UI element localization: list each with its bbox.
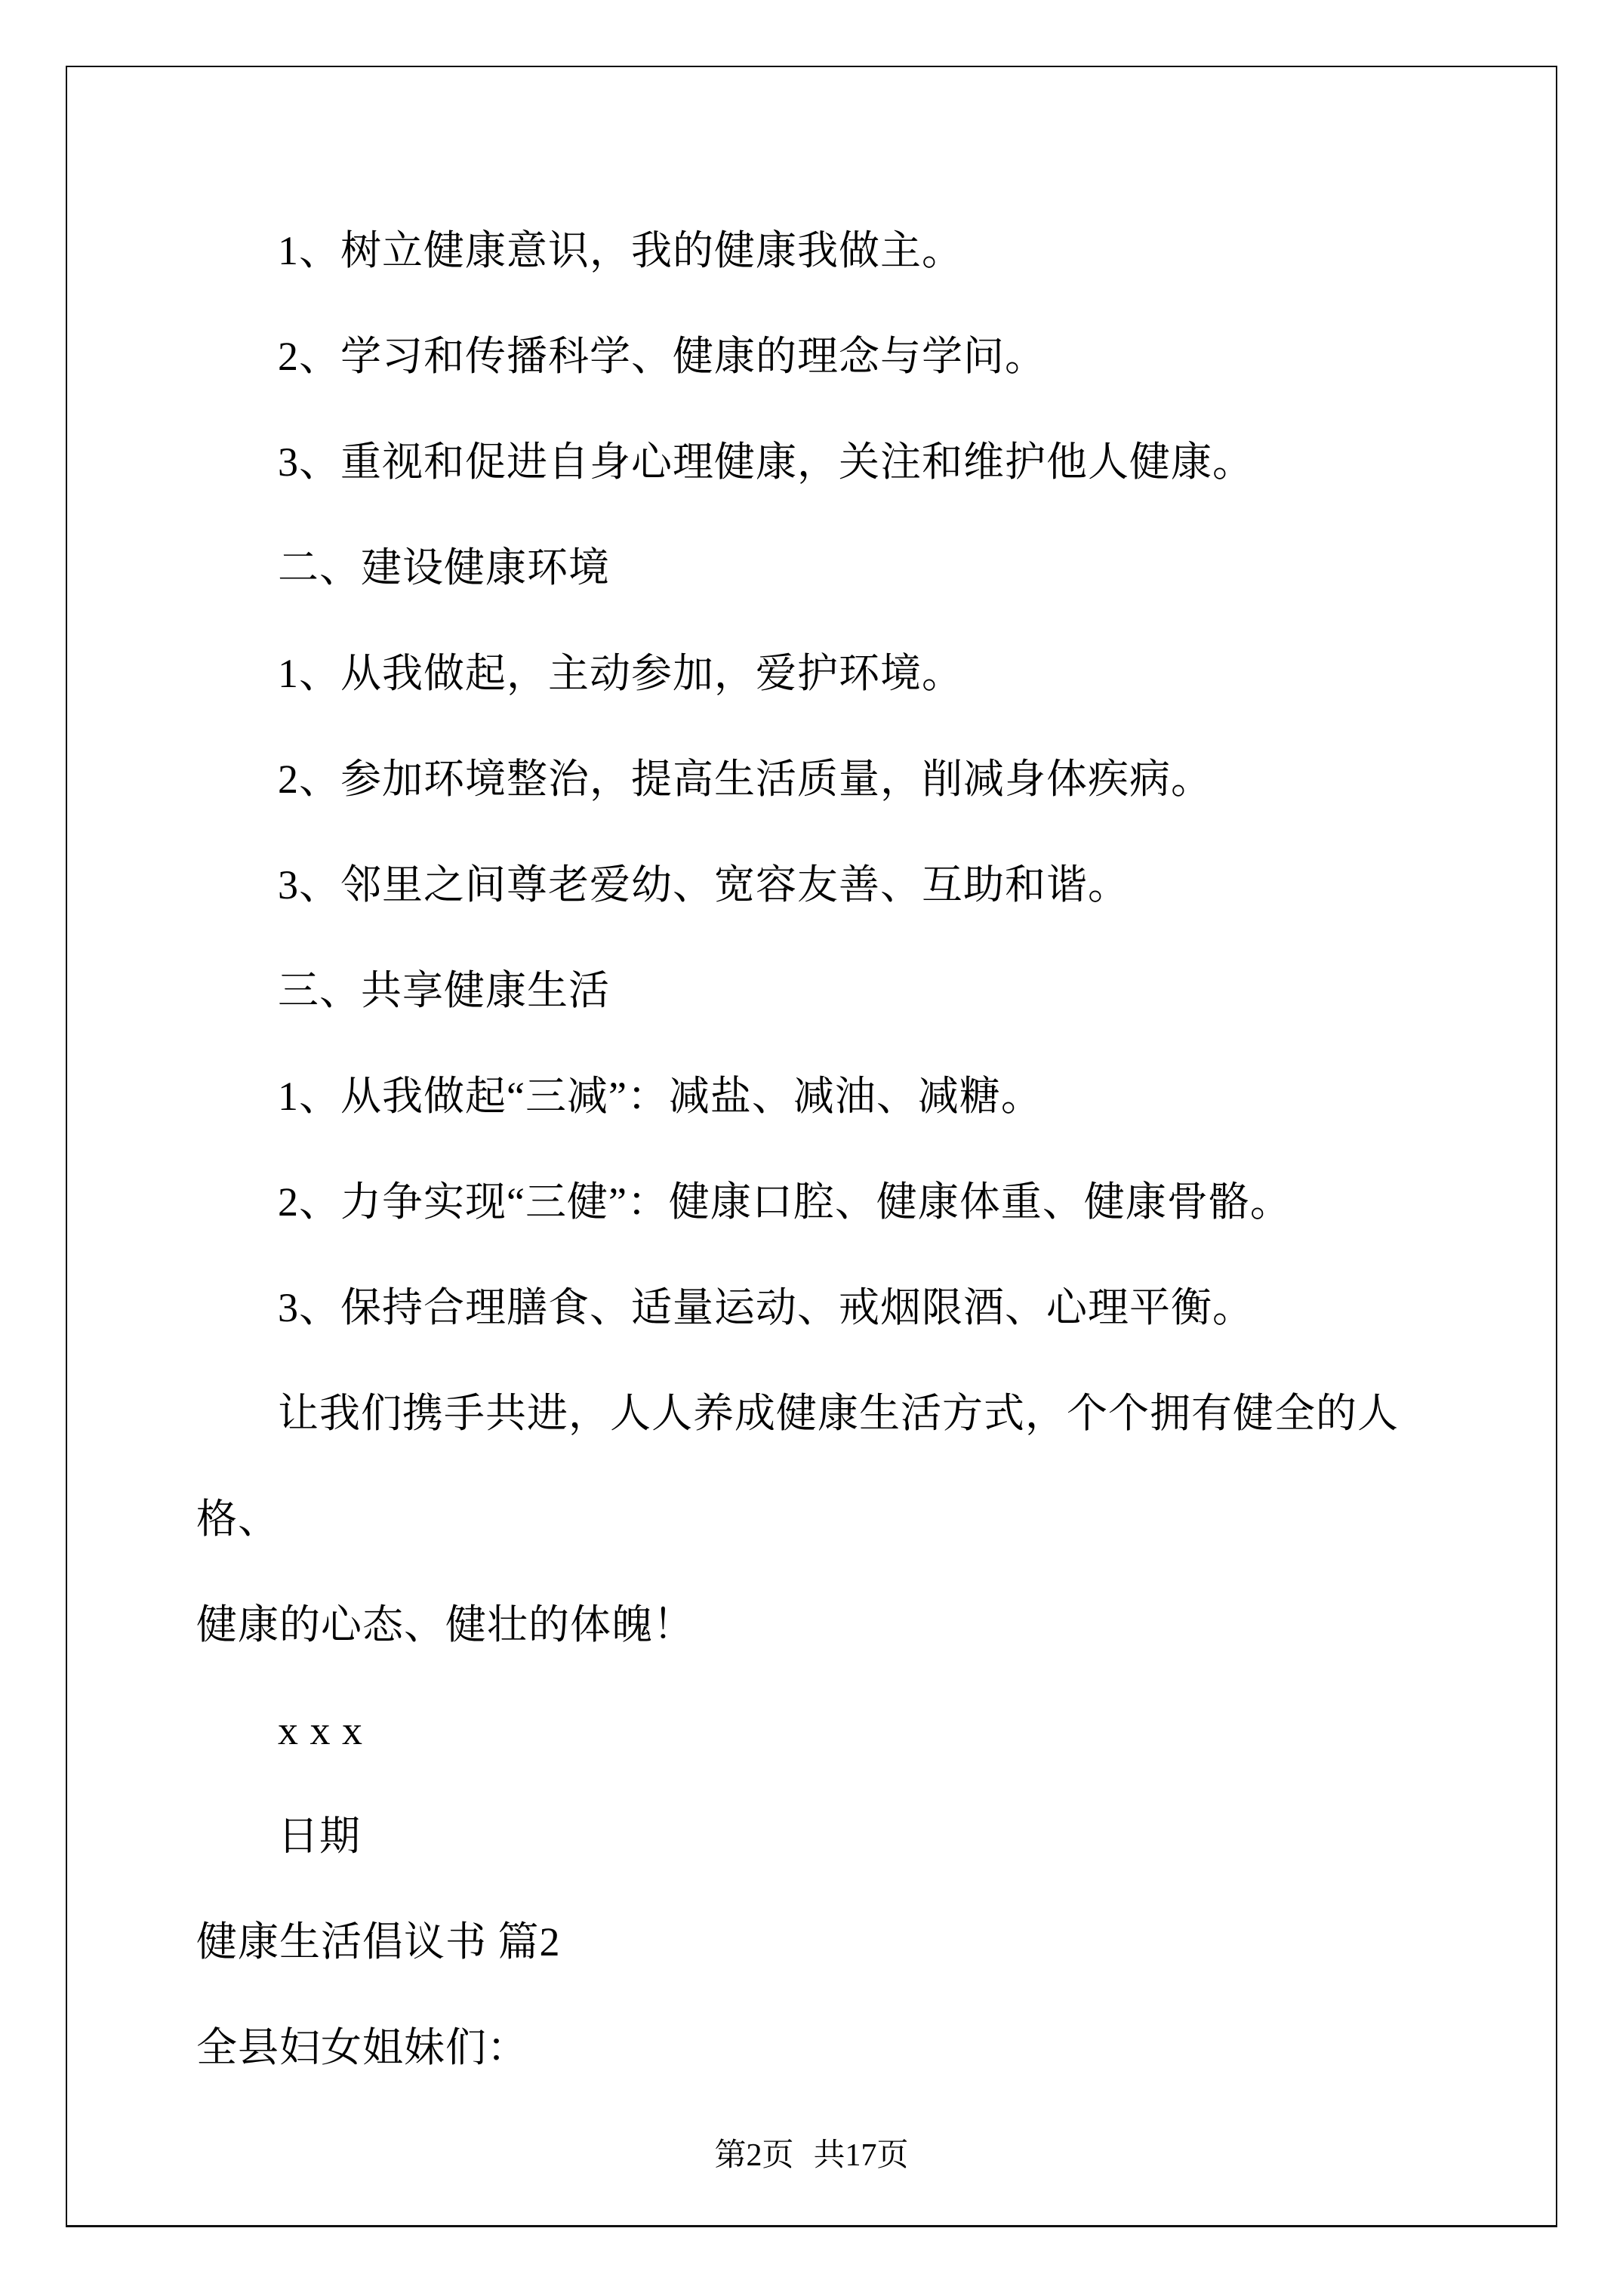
page-footer: 第2页共17页	[67, 2139, 1556, 2172]
paragraph-line: 2、力争实现“三健”：健康口腔、健康体重、健康骨骼。	[196, 1149, 1480, 1255]
paragraph-line: 1、树立健康意识，我的健康我做主。	[196, 198, 1480, 304]
paragraph-line: 3、保持合理膳食、适量运动、戒烟限酒、心理平衡。	[196, 1255, 1480, 1361]
paragraph-line: 三、共享健康生活	[196, 938, 1480, 1043]
paragraph-line: 让我们携手共进，人人养成健康生活方式，个个拥有健全的人格、	[196, 1361, 1480, 1572]
paragraph-line: 2、参加环境整治，提高生活质量，削减身体疾病。	[196, 726, 1480, 832]
paragraph-line: 健康生活倡议书 篇2	[196, 1889, 1480, 1995]
page-border-frame: 1、树立健康意识，我的健康我做主。2、学习和传播科学、健康的理念与学问。3、重视…	[66, 66, 1557, 2227]
paragraph-line: 二、建设健康环境	[196, 515, 1480, 621]
paragraph-line: 1、从我做起“三减”：减盐、减油、减糖。	[196, 1043, 1480, 1149]
paragraph-line: x x x	[196, 1678, 1480, 1783]
paragraph-line: 3、邻里之间尊老爱幼、宽容友善、互助和谐。	[196, 832, 1480, 938]
paragraph-line: 1、从我做起，主动参加，爱护环境。	[196, 621, 1480, 726]
footer-total-pages: 共17页	[814, 2138, 909, 2173]
paragraph-line: 3、重视和促进自身心理健康，关注和维护他人健康。	[196, 409, 1480, 515]
paragraph-line: 健康的心态、健壮的体魄！	[196, 1572, 1480, 1678]
paragraph-line: 全县妇女姐妹们：	[196, 1995, 1480, 2100]
paragraph-line: 日期	[196, 1783, 1480, 1889]
paragraph-line: 2、学习和传播科学、健康的理念与学问。	[196, 304, 1480, 409]
document-body: 1、树立健康意识，我的健康我做主。2、学习和传播科学、健康的理念与学问。3、重视…	[196, 198, 1480, 2100]
footer-page-number: 第2页	[714, 2138, 793, 2173]
